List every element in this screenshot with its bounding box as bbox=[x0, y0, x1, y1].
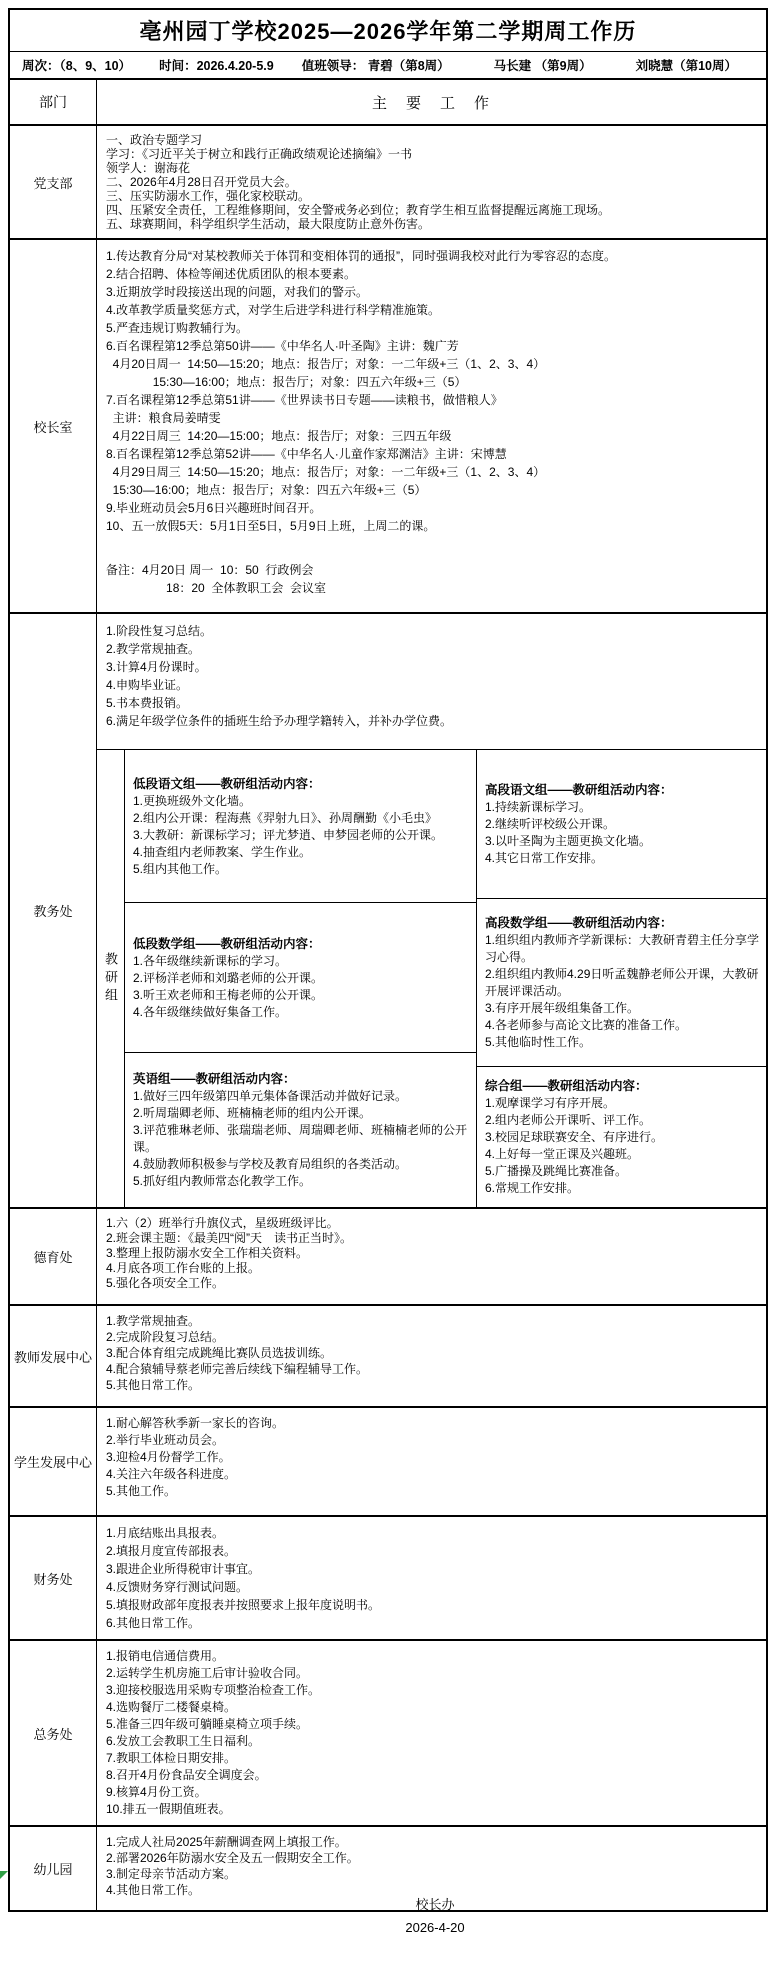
work-line: 1.阶段性复习总结。 bbox=[106, 622, 760, 640]
work-line: 1.月底结账出具报表。 bbox=[106, 1524, 760, 1542]
dept-row-moral-education: 德育处 1.六（2）班举行升旗仪式，星级班级评比。2.班会课主题：《最美四“阅”… bbox=[10, 1209, 766, 1306]
work-line: 2.运转学生机房施工后审计验收合同。 bbox=[106, 1665, 760, 1682]
work-line: 3.大教研：新课标学习；评尤梦逍、申梦园老师的公开课。 bbox=[133, 827, 471, 844]
work-line: 3.评范雅琳老师、张瑞瑞老师、周瑞卿老师、班楠楠老师的公开课。 bbox=[133, 1122, 471, 1156]
group-cell-comprehensive: 综合组——教研组活动内容： 1.观摩课学习有序开展。2.组内老师公开课听、评工作… bbox=[477, 1066, 766, 1207]
work-line: 3.校园足球联赛安全、有序进行。 bbox=[485, 1129, 761, 1146]
work-line: 1.六（2）班举行升旗仪式，星级班级评比。 bbox=[106, 1216, 760, 1231]
work-line: 备注：4月20日 周一 10：50 行政例会 bbox=[106, 561, 760, 579]
work-line: 4月20日周一 14:50—15:20；地点：报告厅；对象：一二年级+三（1、2… bbox=[106, 355, 760, 373]
work-line: 1.教学常规抽查。 bbox=[106, 1313, 760, 1329]
work-line: 2.完成阶段复习总结。 bbox=[106, 1329, 760, 1345]
work-line: 2.结合招聘、体检等阐述优质团队的根本要素。 bbox=[106, 265, 760, 283]
work-line: 4.各年级继续做好集备工作。 bbox=[133, 1004, 471, 1021]
work-line: 9.毕业班动员会5月6日兴趣班时间召开。 bbox=[106, 499, 760, 517]
group-title-lower-math: 低段数学组——教研组活动内容： bbox=[133, 935, 471, 953]
work-line: 2.部署2026年防溺水安全及五一假期安全工作。 bbox=[106, 1850, 760, 1866]
dept-row-finance: 财务处 1.月底结账出具报表。2.填报月度宣传部报表。3.跟进企业所得税审计事宜… bbox=[10, 1517, 766, 1641]
spreadsheet-page: 亳州园丁学校2025—2026学年第二学期周工作历 周次：（8、9、10） 时间… bbox=[0, 0, 774, 1961]
table-header-row: 部门 主 要 工 作 bbox=[10, 80, 766, 126]
research-groups-left-column: 低段语文组——教研组活动内容： 1.更换班级外文化墙。2.组内公开课：程海燕《羿… bbox=[125, 750, 477, 1207]
academic-intro-lines: 1.阶段性复习总结。2.教学常规抽查。3.计算4月份课时。4.申购毕业证。5.书… bbox=[97, 614, 766, 749]
teaching-research-groups-table: 教研组 低段语文组——教研组活动内容： 1.更换班级外文化墙。2.组内公开课：程… bbox=[97, 749, 766, 1207]
work-content-principal-office: 1.传达教育分局“对某校教师关于体罚和变相体罚的通报”，同时强调我校对此行为零容… bbox=[97, 240, 766, 612]
work-line: 3.近期放学时段接送出现的问题，对我们的警示。 bbox=[106, 283, 760, 301]
work-calendar-table: 亳州园丁学校2025—2026学年第二学期周工作历 周次：（8、9、10） 时间… bbox=[8, 8, 768, 1912]
dept-label-finance: 财务处 bbox=[10, 1517, 97, 1639]
work-line: 4.反馈财务穿行测试问题。 bbox=[106, 1578, 760, 1596]
dept-label-academic-affairs: 教务处 bbox=[10, 614, 97, 1207]
work-content-party-branch: 一、政治专题学习学习：《习近平关于树立和践行正确政绩观论述摘编》一书领学人：谢海… bbox=[97, 126, 766, 238]
work-content-finance: 1.月底结账出具报表。2.填报月度宣传部报表。3.跟进企业所得税审计事宜。4.反… bbox=[97, 1517, 766, 1639]
info-bar: 周次：（8、9、10） 时间：2026.4.20-5.9 值班领导： 青碧（第8… bbox=[10, 52, 766, 80]
green-corner-artifact bbox=[0, 1871, 8, 1879]
work-line: 6.发放工会教职工生日福利。 bbox=[106, 1733, 760, 1750]
group-title-upper-chinese: 高段语文组——教研组活动内容： bbox=[485, 781, 761, 799]
work-line: 1.各年级继续新课标的学习。 bbox=[133, 953, 471, 970]
work-line: 5.强化各项安全工作。 bbox=[106, 1276, 760, 1291]
work-line: 10.排五一假期值班表。 bbox=[106, 1801, 760, 1818]
work-line: 2.评杨洋老师和刘璐老师的公开课。 bbox=[133, 970, 471, 987]
work-line: 1.耐心解答秋季新一家长的咨询。 bbox=[106, 1415, 760, 1432]
dept-label-general-affairs: 总务处 bbox=[10, 1641, 97, 1825]
group-cell-lower-math: 低段数学组——教研组活动内容： 1.各年级继续新课标的学习。2.评杨洋老师和刘璐… bbox=[125, 902, 476, 1052]
work-line: 4.月底各项工作台账的上报。 bbox=[106, 1261, 760, 1276]
work-line: 1.组织组内教师齐学新课标：大教研青碧主任分享学习心得。 bbox=[485, 932, 761, 966]
dept-row-student-development: 学生发展中心 1.耐心解答秋季新一家长的咨询。2.举行毕业班动员会。3.迎检4月… bbox=[10, 1408, 766, 1517]
work-line: 5.其他工作。 bbox=[106, 1483, 760, 1500]
work-line: 4.上好每一堂正课及兴趣班。 bbox=[485, 1146, 761, 1163]
work-line: 3.计算4月份课时。 bbox=[106, 658, 760, 676]
signature-office: 校长办 bbox=[360, 1893, 510, 1916]
dept-label-student-development: 学生发展中心 bbox=[10, 1408, 97, 1515]
work-line: 8.召开4月份食品安全调度会。 bbox=[106, 1767, 760, 1784]
work-line: 3.听王欢老师和王梅老师的公开课。 bbox=[133, 987, 471, 1004]
work-line: 学习：《习近平关于树立和践行正确政绩观论述摘编》一书 bbox=[106, 147, 760, 161]
work-line: 4.抽查组内老师教案、学生作业。 bbox=[133, 844, 471, 861]
work-line: 4.申购毕业证。 bbox=[106, 676, 760, 694]
work-content-student-development: 1.耐心解答秋季新一家长的咨询。2.举行毕业班动员会。3.迎检4月份督学工作。4… bbox=[97, 1408, 766, 1515]
work-line: 5.其他临时性工作。 bbox=[485, 1034, 761, 1051]
work-line: 4.鼓励教师积极参与学校及教育局组织的各类活动。 bbox=[133, 1156, 471, 1173]
group-items-comprehensive: 1.观摩课学习有序开展。2.组内老师公开课听、评工作。3.校园足球联赛安全、有序… bbox=[485, 1095, 761, 1197]
work-line: 3.迎接校服选用采购专项整治检查工作。 bbox=[106, 1682, 760, 1699]
dept-row-general-affairs: 总务处 1.报销电信通信费用。2.运转学生机房施工后审计验收合同。3.迎接校服选… bbox=[10, 1641, 766, 1827]
work-line: 2.继续听评校级公开课。 bbox=[485, 816, 761, 833]
work-line: 4.其它日常工作安排。 bbox=[485, 850, 761, 867]
work-line: 8.百名课程第12季总第52讲——《中华名人·儿童作家郑渊洁》主讲：宋博慧 bbox=[106, 445, 760, 463]
dept-label-teacher-development: 教师发展中心 bbox=[10, 1306, 97, 1406]
work-line: 5.填报财政部年度报表并按照要求上报年度说明书。 bbox=[106, 1596, 760, 1614]
work-line: 6.满足年级学位条件的插班生给予办理学籍转入，并补办学位费。 bbox=[106, 712, 760, 730]
work-line: 10、五一放假5天：5月1日至5日，5月9日上班，上周二的课。 bbox=[106, 517, 760, 535]
work-line: 1.传达教育分局“对某校教师关于体罚和变相体罚的通报”，同时强调我校对此行为零容… bbox=[106, 247, 760, 265]
work-line: 5.抓好组内教师常态化教学工作。 bbox=[133, 1173, 471, 1190]
work-content-moral-education: 1.六（2）班举行升旗仪式，星级班级评比。2.班会课主题：《最美四“阅”天 读书… bbox=[97, 1209, 766, 1304]
dept-label-party-branch: 党支部 bbox=[10, 126, 97, 238]
group-title-comprehensive: 综合组——教研组活动内容： bbox=[485, 1077, 761, 1095]
work-line: 2.组织组内教师4.29日听孟魏静老师公开课，大教研开展评课活动。 bbox=[485, 966, 761, 1000]
work-column-header: 主 要 工 作 bbox=[97, 80, 766, 124]
dept-column-header: 部门 bbox=[10, 80, 97, 124]
group-title-upper-math: 高段数学组——教研组活动内容： bbox=[485, 914, 761, 932]
group-items-english: 1.做好三四年级第四单元集体备课活动并做好记录。2.听周瑞卿老师、班楠楠老师的组… bbox=[133, 1088, 471, 1190]
work-line: 5.广播操及跳绳比赛准备。 bbox=[485, 1163, 761, 1180]
work-line: 5.书本费报销。 bbox=[106, 694, 760, 712]
group-items-lower-chinese: 1.更换班级外文化墙。2.组内公开课：程海燕《羿射九日》、孙周酬勤《小毛虫》3.… bbox=[133, 793, 471, 878]
signature-date: 2026-4-20 bbox=[360, 1916, 510, 1939]
duty-leader-week10: 刘晓慧（第10周） bbox=[636, 56, 737, 74]
date-range: 时间：2026.4.20-5.9 bbox=[159, 56, 274, 74]
work-line: 9.核算4月份工资。 bbox=[106, 1784, 760, 1801]
work-line: 5.组内其他工作。 bbox=[133, 861, 471, 878]
work-line: 6.其他日常工作。 bbox=[106, 1614, 760, 1632]
work-line: 5.严查违规订购教辅行为。 bbox=[106, 319, 760, 337]
work-line: 4.关注六年级各科进度。 bbox=[106, 1466, 760, 1483]
work-line: 2.填报月度宣传部报表。 bbox=[106, 1542, 760, 1560]
work-content-academic-affairs: 1.阶段性复习总结。2.教学常规抽查。3.计算4月份课时。4.申购毕业证。5.书… bbox=[97, 614, 766, 1207]
work-line: 4.各老师参与高论文比赛的准备工作。 bbox=[485, 1017, 761, 1034]
work-line: 15:30—16:00；地点：报告厅；对象：四五六年级+三（5） bbox=[106, 373, 760, 391]
dept-label-moral-education: 德育处 bbox=[10, 1209, 97, 1304]
work-line: 2.教学常规抽查。 bbox=[106, 640, 760, 658]
group-items-upper-chinese: 1.持续新课标学习。2.继续听评校级公开课。3.以叶圣陶为主题更换文化墙。4.其… bbox=[485, 799, 761, 867]
principal-note-lines: 备注：4月20日 周一 10：50 行政例会 18：20 全体教职工会 会议室 bbox=[106, 561, 760, 597]
work-line: 领学人：谢海花 bbox=[106, 161, 760, 175]
work-line: 5.其他日常工作。 bbox=[106, 1377, 760, 1393]
dept-row-academic-affairs: 教务处 1.阶段性复习总结。2.教学常规抽查。3.计算4月份课时。4.申购毕业证… bbox=[10, 614, 766, 1209]
group-items-lower-math: 1.各年级继续新课标的学习。2.评杨洋老师和刘璐老师的公开课。3.听王欢老师和王… bbox=[133, 953, 471, 1021]
work-line: 二、2026年4月28日召开党员大会。 bbox=[106, 175, 760, 189]
work-line: 3.制定母亲节活动方案。 bbox=[106, 1866, 760, 1882]
dept-row-teacher-development: 教师发展中心 1.教学常规抽查。2.完成阶段复习总结。3.配合体育组完成跳绳比赛… bbox=[10, 1306, 766, 1408]
dept-label-kindergarten: 幼儿园 bbox=[10, 1827, 97, 1910]
work-content-general-affairs: 1.报销电信通信费用。2.运转学生机房施工后审计验收合同。3.迎接校服选用采购专… bbox=[97, 1641, 766, 1825]
work-line: 4月22日周三 14:20—15:00；地点：报告厅；对象：三四五年级 bbox=[106, 427, 760, 445]
teaching-research-group-label-cell: 教研组 bbox=[97, 750, 125, 1207]
group-title-lower-chinese: 低段语文组——教研组活动内容： bbox=[133, 775, 471, 793]
work-line: 三、压实防溺水工作，强化家校联动。 bbox=[106, 189, 760, 203]
research-groups-right-column: 高段语文组——教研组活动内容： 1.持续新课标学习。2.继续听评校级公开课。3.… bbox=[477, 750, 766, 1207]
work-line: 2.班会课主题：《最美四“阅”天 读书正当时》。 bbox=[106, 1231, 760, 1246]
work-line: 2.组内公开课：程海燕《羿射九日》、孙周酬勤《小毛虫》 bbox=[133, 810, 471, 827]
group-title-english: 英语组——教研组活动内容： bbox=[133, 1070, 471, 1088]
page-title: 亳州园丁学校2025—2026学年第二学期周工作历 bbox=[10, 10, 766, 52]
signature-block: 校长办 2026-4-20 bbox=[360, 1893, 510, 1939]
work-line: 3.整理上报防溺水安全工作相关资料。 bbox=[106, 1246, 760, 1261]
work-line: 2.听周瑞卿老师、班楠楠老师的组内公开课。 bbox=[133, 1105, 471, 1122]
work-line: 18：20 全体教职工会 会议室 bbox=[106, 579, 760, 597]
duty-leader-week9: 马长建 （第9周） bbox=[494, 56, 592, 74]
work-line: 1.持续新课标学习。 bbox=[485, 799, 761, 816]
dept-label-principal-office: 校长室 bbox=[10, 240, 97, 612]
work-line: 主讲：粮食局姜晴雯 bbox=[106, 409, 760, 427]
group-cell-upper-chinese: 高段语文组——教研组活动内容： 1.持续新课标学习。2.继续听评校级公开课。3.… bbox=[477, 750, 766, 898]
work-line: 1.更换班级外文化墙。 bbox=[133, 793, 471, 810]
work-line: 3.以叶圣陶为主题更换文化墙。 bbox=[485, 833, 761, 850]
work-line: 五、球赛期间，科学组织学生活动，最大限度防止意外伤害。 bbox=[106, 217, 760, 231]
work-line: 6.百名课程第12季总第50讲——《中华名人·叶圣陶》主讲：魏广芳 bbox=[106, 337, 760, 355]
group-cell-upper-math: 高段数学组——教研组活动内容： 1.组织组内教师齐学新课标：大教研青碧主任分享学… bbox=[477, 898, 766, 1066]
work-line: 4.配合猿辅导蔡老师完善后续线下编程辅导工作。 bbox=[106, 1361, 760, 1377]
work-line: 3.配合体育组完成跳绳比赛队员选拔训练。 bbox=[106, 1345, 760, 1361]
dept-row-principal-office: 校长室 1.传达教育分局“对某校教师关于体罚和变相体罚的通报”，同时强调我校对此… bbox=[10, 240, 766, 614]
teaching-research-group-label: 教研组 bbox=[101, 952, 120, 1006]
work-line: 4.选购餐厅二楼餐桌椅。 bbox=[106, 1699, 760, 1716]
work-line: 6.常规工作安排。 bbox=[485, 1180, 761, 1197]
work-line: 四、压紧安全责任，工程维修期间，安全警戒务必到位；教育学生相互监督提醒远离施工现… bbox=[106, 203, 760, 217]
work-line: 7.百名课程第12季总第51讲——《世界读书日专题——读粮书，做惜粮人》 bbox=[106, 391, 760, 409]
work-line: 1.完成人社局2025年薪酬调查网上填报工作。 bbox=[106, 1834, 760, 1850]
work-line: 一、政治专题学习 bbox=[106, 133, 760, 147]
group-cell-english: 英语组——教研组活动内容： 1.做好三四年级第四单元集体备课活动并做好记录。2.… bbox=[125, 1052, 476, 1207]
work-line: 2.组内老师公开课听、评工作。 bbox=[485, 1112, 761, 1129]
work-line: 1.观摩课学习有序开展。 bbox=[485, 1095, 761, 1112]
work-line: 4.改革教学质量奖惩方式，对学生后进学科进行科学精准施策。 bbox=[106, 301, 760, 319]
work-line: 1.做好三四年级第四单元集体备课活动并做好记录。 bbox=[133, 1088, 471, 1105]
duty-leader-week8: 值班领导： 青碧（第8周） bbox=[302, 56, 450, 74]
work-line: 4月29日周三 14:50—15:20；地点：报告厅；对象：一二年级+三（1、2… bbox=[106, 463, 760, 481]
week-range: 周次：（8、9、10） bbox=[22, 56, 131, 74]
work-line: 3.迎检4月份督学工作。 bbox=[106, 1449, 760, 1466]
work-line: 1.报销电信通信费用。 bbox=[106, 1648, 760, 1665]
work-line: 3.跟进企业所得税审计事宜。 bbox=[106, 1560, 760, 1578]
work-content-teacher-development: 1.教学常规抽查。2.完成阶段复习总结。3.配合体育组完成跳绳比赛队员选拔训练。… bbox=[97, 1306, 766, 1406]
work-line: 5.准备三四年级可躺睡桌椅立项手续。 bbox=[106, 1716, 760, 1733]
work-line: 15:30—16:00；地点：报告厅；对象：四五六年级+三（5） bbox=[106, 481, 760, 499]
group-items-upper-math: 1.组织组内教师齐学新课标：大教研青碧主任分享学习心得。2.组织组内教师4.29… bbox=[485, 932, 761, 1051]
group-cell-lower-chinese: 低段语文组——教研组活动内容： 1.更换班级外文化墙。2.组内公开课：程海燕《羿… bbox=[125, 750, 476, 902]
principal-main-lines: 1.传达教育分局“对某校教师关于体罚和变相体罚的通报”，同时强调我校对此行为零容… bbox=[106, 247, 760, 535]
work-line: 3.有序开展年级组集备工作。 bbox=[485, 1000, 761, 1017]
work-line: 2.举行毕业班动员会。 bbox=[106, 1432, 760, 1449]
work-line: 7.教职工体检日期安排。 bbox=[106, 1750, 760, 1767]
dept-row-party-branch: 党支部 一、政治专题学习学习：《习近平关于树立和践行正确政绩观论述摘编》一书领学… bbox=[10, 126, 766, 240]
